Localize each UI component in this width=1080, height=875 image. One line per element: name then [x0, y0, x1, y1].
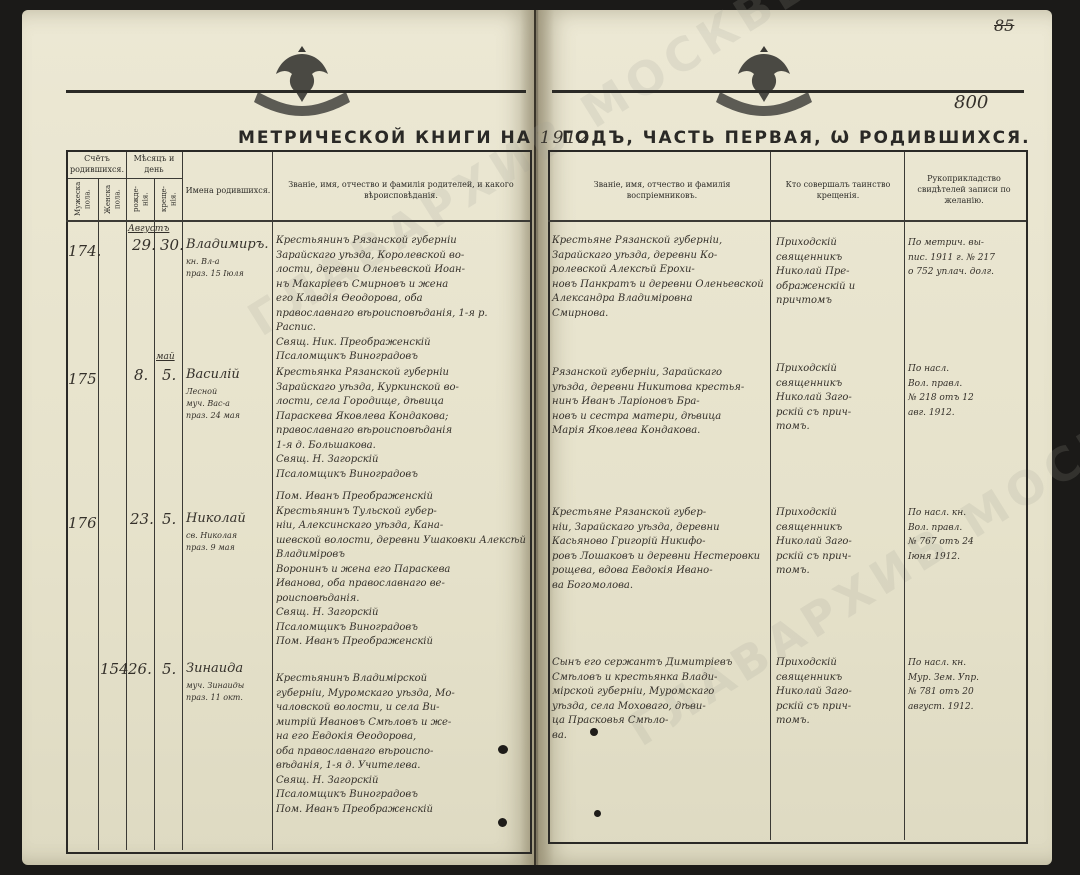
priest-entry: Приходскій священникъ Николай Заго- рскі… [776, 506, 902, 579]
header-male: Мужеска пола. [74, 182, 93, 216]
col-line [98, 178, 99, 850]
col-line [182, 152, 183, 850]
double-headed-eagle-emblem-icon [712, 40, 816, 120]
birth-day: 26. [128, 662, 152, 677]
priest-entry: Приходскій священникъ Николай Заго- рскі… [776, 362, 902, 435]
baptism-day: 5. [162, 512, 176, 527]
signature-entry: По насл. Вол. правл. № 218 отъ 12 авг. 1… [908, 362, 1022, 420]
header-godparents: Званіе, имя, отчество и фамилія воспріем… [562, 180, 762, 202]
ink-blot [498, 745, 508, 754]
name-day-note: кн. Вл-а праз. 15 Іюля [186, 256, 244, 280]
top-rule [66, 90, 526, 93]
godparents-entry: Крестьяне Рязанской губер- ніи, Зарайска… [552, 506, 768, 593]
godparents-entry: Сынъ его сержантъ Димитріевъ Смѣловъ и к… [552, 656, 768, 743]
parents-entry: Крестьянка Рязанской губерніи Зарайскаго… [276, 366, 526, 482]
birth-day: 23. [130, 512, 154, 527]
male-number: 175 [68, 372, 97, 387]
col-line [126, 152, 127, 850]
month-note: май [156, 350, 175, 365]
col-line [154, 178, 155, 850]
name-day-note: муч. Зинаиды праз. 11 окт. [186, 680, 244, 704]
signature-entry: По насл. кн. Вол. правл. № 767 отъ 24 Ію… [908, 506, 1022, 564]
parents-entry: Крестьянинъ Рязанской губерніи Зарайскаг… [276, 234, 526, 365]
birth-day: 29. [132, 238, 156, 253]
title-text: МЕТРИЧЕСКОЙ КНИГИ НА [238, 128, 532, 148]
header-parents: Званіе, имя, отчество и фамилія родителе… [278, 180, 524, 202]
open-register-book: ГЛАВАРХИВ МОСКВЫ ГЛАВАРХИВ МОСКВЫ 85 800… [22, 10, 1052, 865]
name-day-note: Лесной муч. Вас-а праз. 24 мая [186, 386, 240, 422]
header-count: Счётъ родившихся. [68, 154, 126, 176]
male-number: 174. [68, 244, 101, 259]
header-priest: Кто совершалъ таинство крещенія. [774, 180, 902, 202]
ink-blot [594, 810, 601, 817]
parents-entry: Пом. Иванъ Преображенскій Крестьянинъ Ту… [276, 490, 526, 650]
baptism-day: 5. [162, 368, 176, 383]
child-name: Владимиръ. [186, 238, 268, 253]
baptism-day: 30. [160, 238, 184, 253]
page-title-right: ГОДЪ, ЧАСТЬ ПЕРВАЯ, Ѡ РОДИВШИХСЯ. [562, 128, 1031, 148]
child-name: Василій [186, 368, 240, 383]
page-number: 800 [954, 92, 988, 113]
priest-entry: Приходскій священникъ Николай Пре- ображ… [776, 236, 902, 309]
col-line [272, 152, 273, 850]
col-line [770, 152, 771, 840]
header-signatures: Рукоприкладство свидѣтелей записи по жел… [908, 174, 1020, 206]
birth-day: 8. [134, 368, 148, 383]
ink-blot [590, 728, 598, 736]
ink-blot [498, 818, 507, 827]
page-title-left: МЕТРИЧЕСКОЙ КНИГИ НА 1912 [238, 128, 591, 148]
name-day-note: св. Николая праз. 9 мая [186, 530, 237, 554]
baptism-day: 5. [162, 662, 176, 677]
godparents-entry: Рязанской губерніи, Зарайскаго уѣзда, де… [552, 366, 768, 439]
signature-entry: По метрич. вы- пис. 1911 г. № 217 о 752 … [908, 236, 1022, 280]
header-divider [548, 220, 1026, 222]
child-name: Зинаида [186, 662, 243, 677]
header-date: Мѣсяцъ и день [126, 154, 182, 176]
male-number: 176 [68, 516, 97, 531]
month-note: Августъ [128, 222, 169, 237]
col-line [904, 152, 905, 840]
child-name: Николай [186, 512, 246, 527]
godparents-entry: Крестьяне Рязанской губерніи, Зарайскаго… [552, 234, 768, 321]
header-name: Имена родившихся. [184, 186, 272, 197]
signature-entry: По насл. кн. Мур. Зем. Упр. № 781 отъ 20… [908, 656, 1022, 714]
header-baptized: креще-нія. [160, 182, 179, 216]
subheader-line [68, 178, 182, 179]
priest-entry: Приходскій священникъ Николай Заго- рскі… [776, 656, 902, 729]
female-number: 154 [100, 662, 129, 677]
header-female: Женска пола. [104, 182, 123, 216]
parents-entry: Крестьянинъ Владимірской губерніи, Муром… [276, 672, 526, 817]
header-born: рожде-нія. [132, 182, 151, 216]
double-headed-eagle-emblem-icon [250, 40, 354, 120]
page-number-crossed: 85 [994, 16, 1014, 35]
